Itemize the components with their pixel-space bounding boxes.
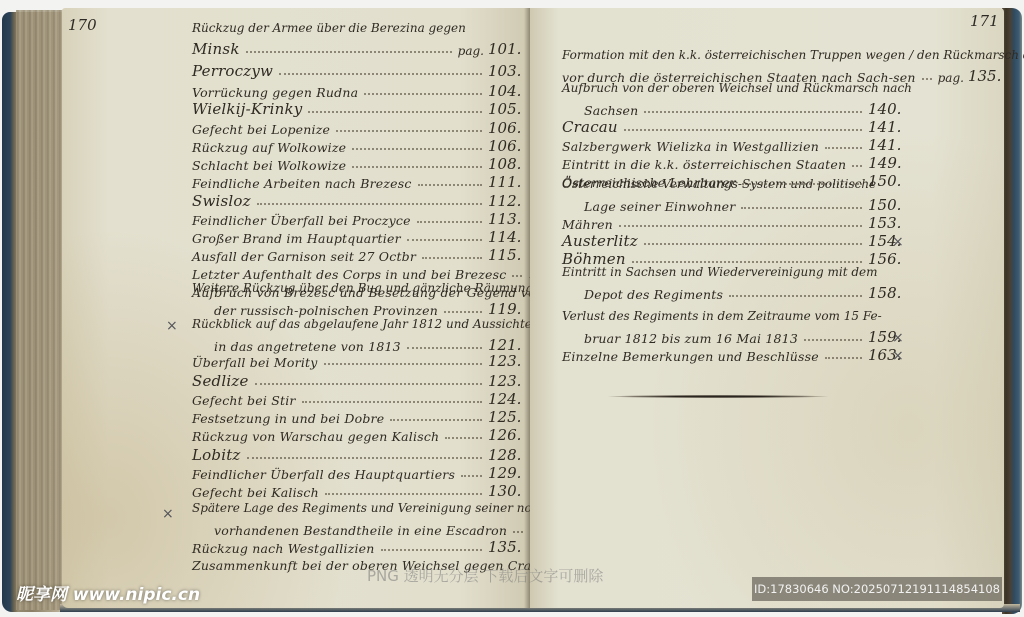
margin-cross-mark: × — [166, 318, 178, 334]
toc-entry: Überfall bei Mority123. — [192, 350, 522, 370]
dot-leader — [246, 51, 452, 53]
toc-entry-title: Rückzug von Warschau gegen Kalisch — [192, 429, 439, 444]
dot-leader — [445, 437, 482, 439]
toc-entry: Vorrückung gegen Rudna104. — [192, 80, 522, 100]
dot-leader — [632, 261, 862, 263]
dot-leader — [352, 148, 482, 150]
toc-entry: Einzelne Bemerkungen und Beschlüsse163.× — [562, 344, 902, 364]
toc-entry-first-line: Rückzug der Armee über die Berezina gege… — [192, 21, 466, 35]
toc-page-number: 103. — [488, 62, 522, 80]
toc-entry: Spätere Lage des Regiments und Vereinigu… — [192, 518, 522, 538]
dot-leader — [741, 207, 862, 209]
dot-leader — [644, 111, 862, 113]
toc-entry: Mähren153. — [562, 212, 902, 232]
dot-leader — [324, 363, 482, 365]
left-page: 170 Rückzug der Armee über die Berezina … — [62, 8, 530, 608]
dot-leader — [619, 225, 862, 227]
toc-page-number: 126. — [488, 426, 522, 444]
toc-entry: Sedlize123. — [192, 370, 522, 390]
toc-entry: Feindliche Arbeiten nach Brezesc111. — [192, 171, 522, 191]
end-flourish-rule — [608, 395, 828, 398]
table-of-contents-left: Rückzug der Armee über die Berezina gege… — [192, 8, 522, 568]
toc-entry-first-line: Rückblick auf das abgelaufene Jahr 1812 … — [192, 317, 540, 331]
dot-leader — [729, 295, 862, 297]
toc-entry-title: Perroczyw — [192, 62, 273, 80]
dot-leader — [444, 311, 482, 313]
toc-page-number: 111. — [488, 173, 522, 191]
dot-leader — [407, 347, 482, 349]
toc-entry: Gefecht bei Stir124. — [192, 388, 522, 408]
toc-entry-title: Minsk — [192, 40, 240, 58]
dot-leader — [417, 221, 482, 223]
toc-entry-title: Wielkij-Krinky — [192, 100, 302, 118]
dot-leader — [922, 78, 932, 80]
dot-leader — [257, 203, 482, 205]
open-book: 170 Rückzug der Armee über die Berezina … — [0, 0, 1024, 617]
toc-entry: Perroczyw103. — [192, 60, 522, 80]
watermark-text: PNG 透明无分层 下载后文字可删除 — [367, 565, 603, 586]
right-page: 171 Formation mit den k.k. österreichisc… — [530, 8, 1004, 608]
page-number-right: 171 — [970, 12, 999, 30]
dot-leader — [825, 357, 862, 359]
toc-entry: Rückzug auf Wolkowize106. — [192, 135, 522, 155]
toc-entry: Weitere Rückzug über den Bug und gänzlic… — [192, 298, 522, 318]
watermark-logo: 昵享网 www.nipic.cn — [16, 580, 200, 605]
table-of-contents-right: Formation mit den k.k. österreichischen … — [562, 8, 902, 368]
dot-leader — [390, 419, 482, 421]
book-cover-right — [1002, 8, 1022, 614]
toc-entry: Rückzug der Armee über die Berezina gege… — [192, 38, 522, 58]
dot-leader — [624, 129, 862, 131]
toc-entry: Schlacht bei Wolkowize108. — [192, 153, 522, 173]
dot-leader — [325, 493, 482, 495]
dot-leader — [644, 243, 862, 245]
margin-cross-mark: × — [892, 348, 904, 364]
toc-page-number: 135. — [968, 67, 1001, 85]
toc-entry: Feindlicher Überfall des Hauptquartiers1… — [192, 462, 522, 482]
toc-entry: Österreichische Verwaltungs-System und p… — [562, 194, 902, 214]
toc-entry: Lobitz128. — [192, 444, 522, 464]
toc-entry: Austerlitz154.× — [562, 230, 902, 250]
toc-entry: Wielkij-Krinky105. — [192, 98, 522, 118]
toc-page-number: 123. — [488, 352, 522, 370]
dot-leader — [512, 275, 522, 277]
toc-page-number: 119. — [488, 300, 522, 318]
toc-entry-title: Überfall bei Mority — [192, 355, 318, 370]
dot-leader — [364, 93, 482, 95]
toc-entry: Feindlicher Überfall bei Proczyce113. — [192, 208, 522, 228]
page-number-left: 170 — [68, 16, 97, 34]
dot-leader — [302, 401, 482, 403]
toc-entry-title: der russisch-polnischen Provinzen — [214, 303, 438, 318]
dot-leader — [255, 383, 482, 385]
toc-entry: Swisloz112. — [192, 190, 522, 210]
toc-entry-first-line: Aufbruch von der oberen Weichsel und Rüc… — [562, 81, 912, 95]
dot-leader — [381, 549, 482, 551]
dot-leader — [852, 165, 862, 167]
dot-leader — [308, 111, 482, 113]
toc-entry: Gefecht bei Lopenize106. — [192, 117, 522, 137]
toc-entry-first-line: Eintritt in Sachsen und Wiedervereinigun… — [562, 265, 878, 279]
dot-leader — [418, 184, 482, 186]
toc-page-number: 101. — [488, 40, 522, 58]
toc-entry: Gefecht bei Kalisch130. — [192, 480, 522, 500]
toc-entry: Ausfall der Garnison seit 27 Octbr115. — [192, 244, 522, 264]
dot-leader — [247, 457, 482, 459]
page-edges — [16, 10, 64, 610]
toc-entry-first-line: Weitere Rückzug über den Bug und gänzlic… — [192, 281, 533, 295]
dot-leader — [407, 239, 482, 241]
toc-entry: Letzter Aufenthalt des Corps in und bei … — [192, 262, 522, 282]
toc-entry-title: Einzelne Bemerkungen und Beschlüsse — [562, 349, 819, 364]
toc-entry: Großer Brand im Hauptquartier114. — [192, 226, 522, 246]
dot-leader — [804, 339, 862, 341]
watermark-id-badge: ID:17830646 NO:20250712191114854108 — [752, 577, 1002, 601]
page-abbrev: pag. — [938, 71, 964, 85]
toc-page-number: 130. — [488, 482, 522, 500]
margin-cross-mark: × — [162, 506, 174, 522]
dot-leader — [422, 257, 482, 259]
dot-leader — [352, 166, 482, 168]
toc-entry: Eintritt in Sachsen und Wiedervereinigun… — [562, 282, 902, 302]
toc-entry: Festsetzung in und bei Dobre125. — [192, 406, 522, 426]
toc-entry: Verlust des Regiments in dem Zeitraume v… — [562, 326, 902, 346]
toc-entry-first-line: Formation mit den k.k. österreichischen … — [562, 48, 1024, 62]
toc-entry-title: Depot des Regiments — [584, 287, 723, 302]
dot-leader — [825, 147, 862, 149]
toc-entry: Cracau141. — [562, 116, 902, 136]
toc-entry: Salzbergwerk Wielizka in Westgallizien14… — [562, 134, 902, 154]
toc-page-number: 105. — [488, 100, 522, 118]
dot-leader — [513, 531, 523, 533]
toc-entry-first-line: Spätere Lage des Regiments und Vereinigu… — [192, 501, 546, 515]
toc-entry-title: Feindliche Arbeiten nach Brezesc — [192, 176, 412, 191]
toc-entry: Aufbruch von der oberen Weichsel und Rüc… — [562, 98, 902, 118]
toc-entry-first-line: Österreichische Verwaltungs-System und p… — [562, 177, 876, 191]
toc-entry-title: Gefecht bei Kalisch — [192, 485, 319, 500]
toc-entry: Rückzug von Warschau gegen Kalisch126. — [192, 424, 522, 444]
toc-entry: Eintritt in die k.k. österreichischen St… — [562, 152, 902, 172]
toc-page-number: 158. — [868, 284, 902, 302]
dot-leader — [279, 73, 482, 75]
toc-entry-first-line: Verlust des Regiments in dem Zeitraume v… — [562, 309, 882, 323]
dot-leader — [461, 475, 482, 477]
page-abbrev: pag. — [458, 44, 484, 58]
dot-leader — [336, 130, 482, 132]
